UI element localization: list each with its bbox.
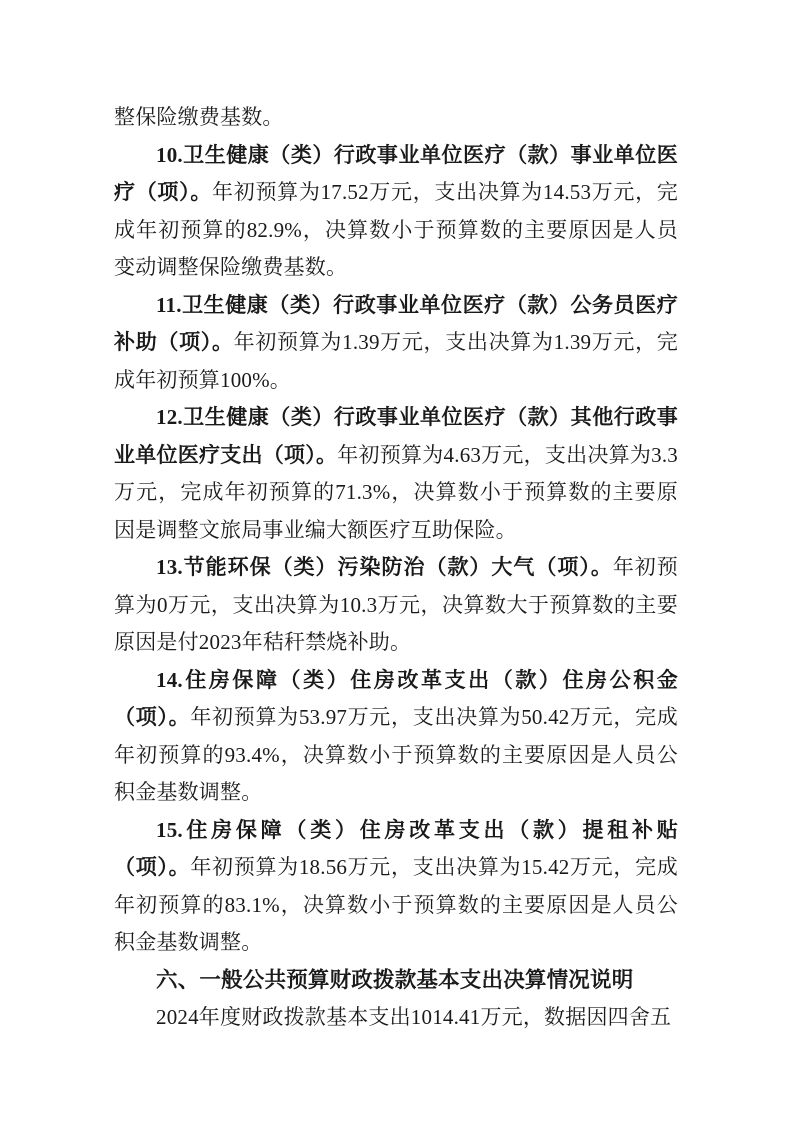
paragraph-item-13-lead: 13.节能环保（类）污染防治（款）大气（项）。 [156,555,613,579]
paragraph-item-13: 13.节能环保（类）污染防治（款）大气（项）。年初预算为0万元，支出决算为10.… [114,549,678,662]
document-page: 整保险缴费基数。10.卫生健康（类）行政事业单位医疗（款）事业单位医疗（项）。年… [0,0,794,1122]
paragraph-item-15-text: 年初预算为18.56万元，支出决算为15.42万元，完成年初预算的83.1%，决… [114,855,678,954]
paragraph-item9-continuation: 整保险缴费基数。 [114,99,678,137]
section-heading-6: 六、一般公共预算财政拨款基本支出决算情况说明 [114,962,678,1000]
paragraph-section6-intro-text: 2024年度财政拨款基本支出1014.41万元，数据因四舍五 [156,1005,671,1029]
paragraph-item-15: 15.住房保障（类）住房改革支出（款）提租补贴（项）。年初预算为18.56万元，… [114,812,678,962]
paragraph-item9-continuation-text: 整保险缴费基数。 [114,105,284,129]
paragraph-item-14-text: 年初预算为53.97万元，支出决算为50.42万元，完成年初预算的93.4%，决… [114,705,678,804]
paragraph-item-11: 11.卫生健康（类）行政事业单位医疗（款）公务员医疗补助（项）。年初预算为1.3… [114,287,678,400]
paragraph-item-12: 12.卫生健康（类）行政事业单位医疗（款）其他行政事业单位医疗支出（项）。年初预… [114,399,678,549]
paragraph-item-14: 14.住房保障（类）住房改革支出（款）住房公积金（项）。年初预算为53.97万元… [114,662,678,812]
section-heading-6-text: 六、一般公共预算财政拨款基本支出决算情况说明 [156,968,633,992]
paragraph-section6-intro: 2024年度财政拨款基本支出1014.41万元，数据因四舍五 [114,999,678,1037]
document-content: 整保险缴费基数。10.卫生健康（类）行政事业单位医疗（款）事业单位医疗（项）。年… [114,99,678,1037]
paragraph-item-10: 10.卫生健康（类）行政事业单位医疗（款）事业单位医疗（项）。年初预算为17.5… [114,137,678,287]
